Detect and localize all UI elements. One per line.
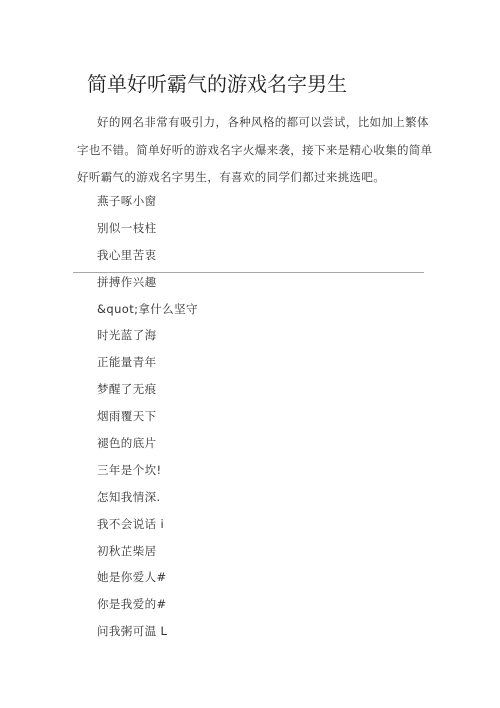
list-item: 烟雨覆天下: [97, 407, 198, 434]
list-item: 拼搏作兴趣: [97, 273, 198, 300]
list-item: 三年是个坎!: [97, 461, 198, 488]
list-item: 别似一枝柱: [97, 219, 198, 246]
intro-line: 好听霸气的游戏名字男生，有喜欢的同学们都过来挑选吧。: [77, 164, 397, 192]
intro-line: 字也不错。简单好听的游戏名字火爆来袭，接下来是精心收集的简单: [77, 137, 397, 165]
list-item: 我不会说话 i: [97, 515, 198, 542]
intro-paragraph: 好的网名非常有吸引力，各种风格的都可以尝试，比如加上繁体 字也不错。简单好听的游…: [77, 109, 397, 192]
list-item: 褪色的底片: [97, 434, 198, 461]
list-item: 燕子啄小窗: [97, 192, 198, 219]
list-item: 我心里苦衷: [97, 246, 198, 273]
list-item: &quot;拿什么坚守: [97, 300, 198, 327]
list-item: 怎知我情深.: [97, 488, 198, 515]
list-item: 你是我爱的#: [97, 595, 198, 622]
document-page: 简单好听霸气的游戏名字男生 好的网名非常有吸引力，各种风格的都可以尝试，比如加上…: [0, 0, 500, 708]
list-item: 时光蓝了海: [97, 326, 198, 353]
intro-line: 好的网名非常有吸引力，各种风格的都可以尝试，比如加上繁体: [77, 109, 397, 137]
list-item: 问我粥可温 L: [97, 622, 198, 649]
document-title: 简单好听霸气的游戏名字男生: [87, 71, 347, 97]
list-item: 她是你爱人#: [97, 568, 198, 595]
list-item: 初秋芷柴居: [97, 542, 198, 569]
list-item: 正能量青年: [97, 353, 198, 380]
game-name-list: 燕子啄小窗 别似一枝柱 我心里苦衷 拼搏作兴趣 &quot;拿什么坚守 时光蓝了…: [97, 192, 198, 649]
list-item: 梦醒了无痕: [97, 380, 198, 407]
